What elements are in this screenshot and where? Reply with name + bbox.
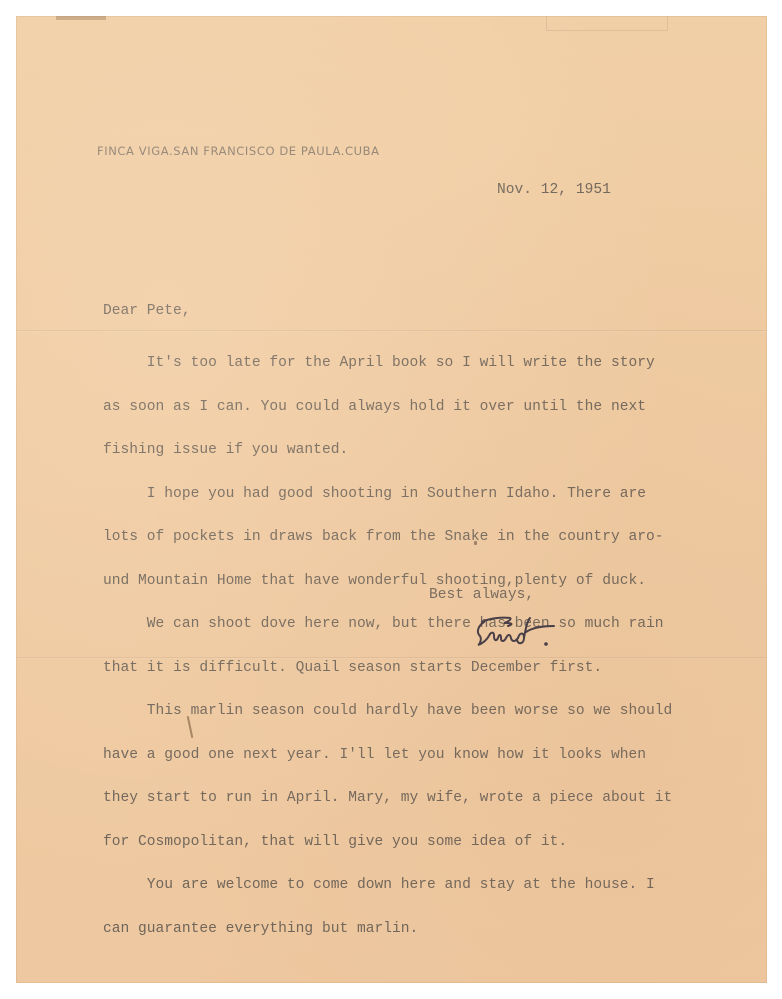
letter-paper: FINCA VIGA.SAN FRANCISCO DE PAULA.CUBA N…	[16, 16, 767, 983]
letter-body: It's too late for the April book so I wi…	[103, 327, 672, 965]
body-line: have a good one next year. I'll let you …	[103, 748, 672, 763]
edge-stain	[56, 16, 106, 20]
body-line: fishing issue if you wanted.	[103, 443, 672, 458]
body-line: they start to run in April. Mary, my wif…	[103, 791, 672, 806]
salutation: Dear Pete,	[103, 304, 191, 319]
body-line: It's too late for the April book so I wi…	[103, 356, 672, 371]
ink-dot	[474, 541, 477, 545]
letter-date: Nov. 12, 1951	[497, 183, 611, 198]
body-line: lots of pockets in draws back from the S…	[103, 530, 672, 545]
body-line: You are welcome to come down here and st…	[103, 878, 672, 893]
body-line: und Mountain Home that have wonderful sh…	[103, 574, 672, 589]
edge-tape-mark	[546, 16, 668, 31]
body-line: can guarantee everything but marlin.	[103, 922, 672, 937]
signature-icon	[468, 612, 558, 652]
closing: Best always,	[429, 588, 534, 603]
body-line: We can shoot dove here now, but there ha…	[103, 617, 672, 632]
letterhead: FINCA VIGA.SAN FRANCISCO DE PAULA.CUBA	[97, 144, 380, 158]
body-line: as soon as I can. You could always hold …	[103, 400, 672, 415]
body-line: I hope you had good shooting in Southern…	[103, 487, 672, 502]
body-line: for Cosmopolitan, that will give you som…	[103, 835, 672, 850]
body-line: that it is difficult. Quail season start…	[103, 661, 672, 676]
